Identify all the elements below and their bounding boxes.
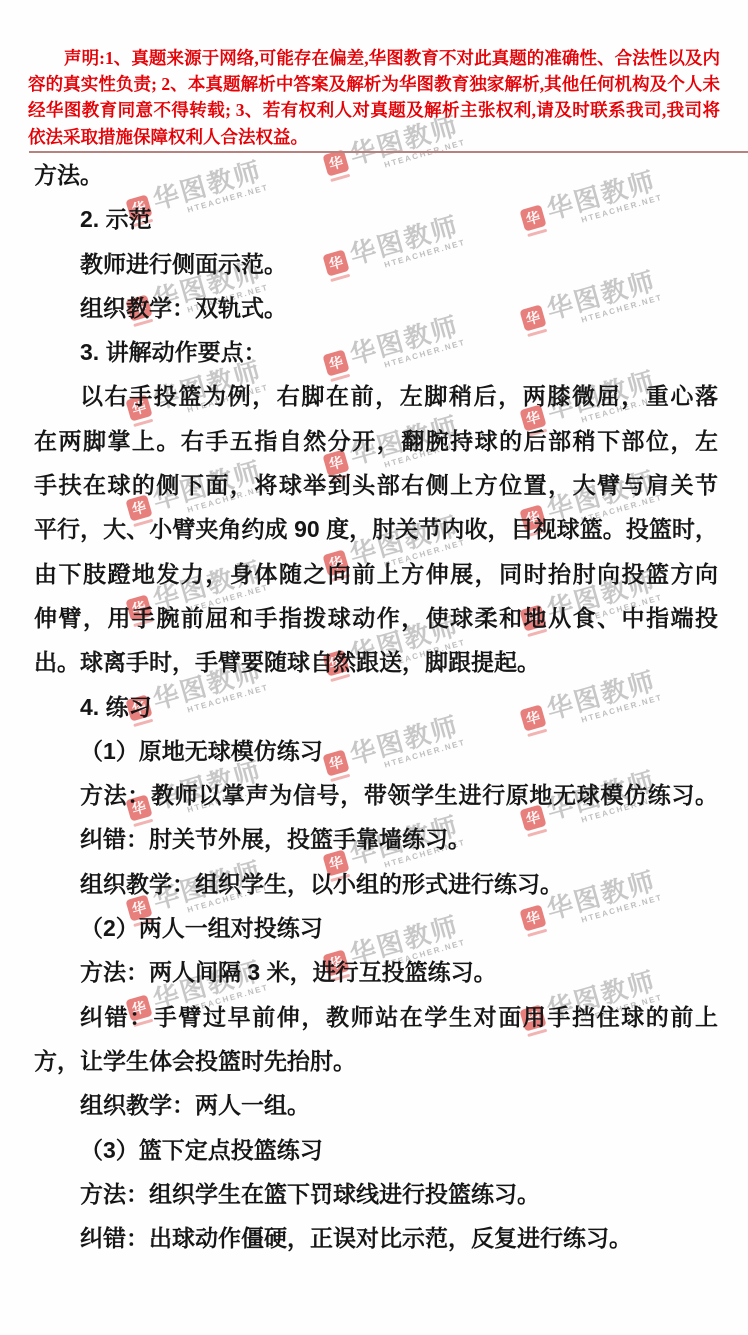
- body-line: 组织教学：双轨式。: [34, 286, 718, 330]
- body-line: （2）两人一组对投练习: [34, 906, 718, 950]
- body-line: 由下肢蹬地发力，身体随之向前上方伸展，同时抬肘向投篮方向: [34, 552, 718, 596]
- body-line: 教师进行侧面示范。: [34, 242, 718, 286]
- body-line: 4. 练习: [34, 685, 718, 729]
- body-line: 出。球离手时，手臂要随球自然跟送，脚跟提起。: [34, 640, 718, 684]
- body-line: 平行，大、小臂夹角约成 90 度，肘关节内收，目视球篮。投篮时，: [34, 507, 718, 551]
- body-line: 以右手投篮为例，右脚在前，左脚稍后，两膝微屈，重心落: [34, 374, 718, 418]
- body-line: 方，让学生体会投篮时先抬肘。: [34, 1039, 718, 1083]
- body-line: 组织教学：两人一组。: [34, 1083, 718, 1127]
- disclaimer-label: 声明:: [64, 48, 105, 68]
- body-line: 2. 示范: [34, 197, 718, 241]
- body-line: 方法：两人间隔 3 米，进行互投篮练习。: [34, 950, 718, 994]
- disclaimer-line: 声明:1、真题来源于网络,可能存在偏差,华图教育不对此真题的准确性、合法性以及内: [28, 45, 720, 71]
- body-line: 方法。: [34, 153, 718, 197]
- body-line: 伸臂，用手腕前屈和手指拨球动作，使球柔和地从食、中指端投: [34, 596, 718, 640]
- body-line: 方法：教师以掌声为信号，带领学生进行原地无球模仿练习。: [34, 773, 718, 817]
- document-body: 方法。2. 示范教师进行侧面示范。组织教学：双轨式。3. 讲解动作要点：以右手投…: [34, 153, 718, 1260]
- disclaimer-line: 经华图教育同意不得转载; 3、若有权利人对真题及解析主张权利,请及时联系我司,我…: [28, 97, 720, 123]
- disclaimer-line: 依法采取措施保障权利人合法权益。: [28, 124, 720, 150]
- body-line: 纠错：手臂过早前伸，教师站在学生对面用手挡住球的前上: [34, 995, 718, 1039]
- body-line: （3）篮下定点投篮练习: [34, 1128, 718, 1172]
- body-line: 方法：组织学生在篮下罚球线进行投篮练习。: [34, 1172, 718, 1216]
- body-line: 纠错：肘关节外展，投篮手靠墙练习。: [34, 817, 718, 861]
- document-page: 声明:1、真题来源于网络,可能存在偏差,华图教育不对此真题的准确性、合法性以及内…: [0, 0, 748, 1335]
- body-line: （1）原地无球模仿练习: [34, 729, 718, 773]
- body-line: 手扶在球的侧下面，将球举到头部右侧上方位置，大臂与肩关节: [34, 463, 718, 507]
- disclaimer-line: 容的真实性负责; 2、本真题解析中答案及解析为华图教育独家解析,其他任何机构及个…: [28, 71, 720, 97]
- body-line: 3. 讲解动作要点：: [34, 330, 718, 374]
- body-line: 纠错：出球动作僵硬，正误对比示范，反复进行练习。: [34, 1216, 718, 1260]
- body-line: 在两脚掌上。右手五指自然分开，翻腕持球的后部稍下部位，左: [34, 419, 718, 463]
- disclaimer-block: 声明:1、真题来源于网络,可能存在偏差,华图教育不对此真题的准确性、合法性以及内…: [28, 45, 720, 150]
- body-line: 组织教学：组织学生，以小组的形式进行练习。: [34, 862, 718, 906]
